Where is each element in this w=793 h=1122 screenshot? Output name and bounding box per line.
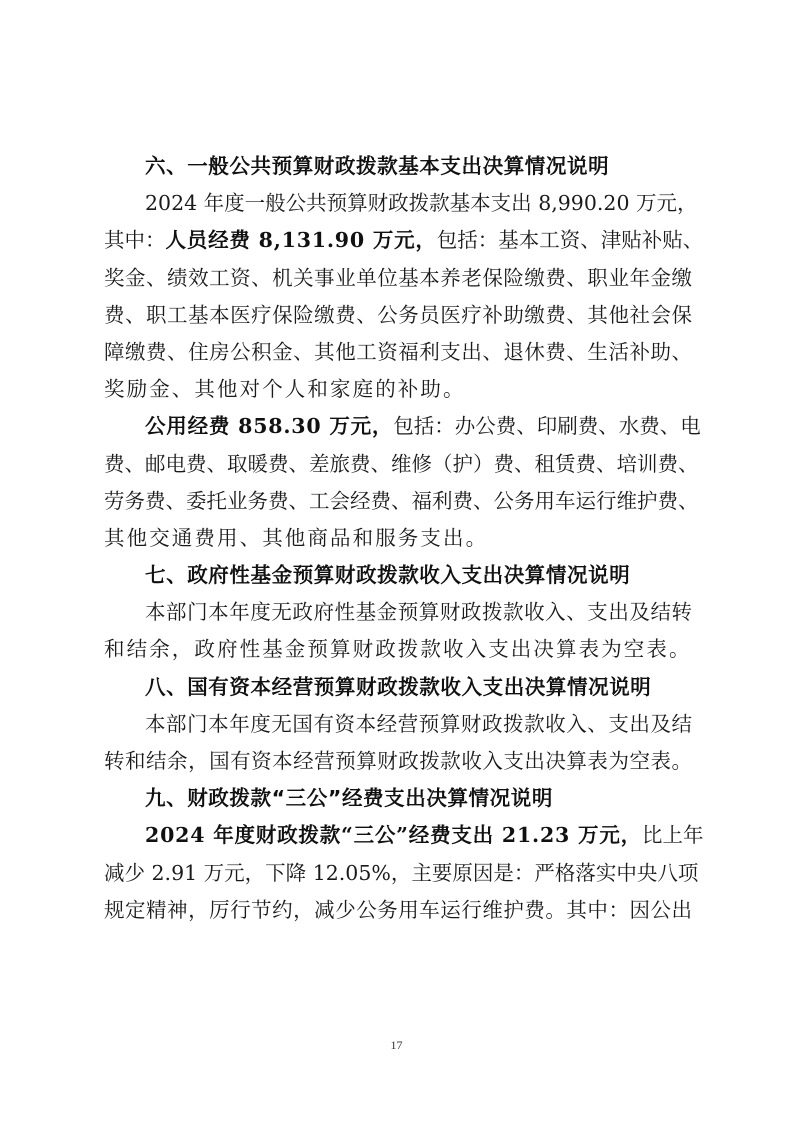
paragraph-line: 费、职工基本医疗保险缴费、公务员医疗补助缴费、其他社会保 xyxy=(104,297,692,334)
section-heading-8: 八、国有资本经营预算财政拨款收入支出决算情况说明 xyxy=(104,669,692,706)
text-span: 其中： xyxy=(104,228,166,252)
text-span: 比上年 xyxy=(642,823,704,847)
paragraph-line: 其中：人员经费 8,131.90 万元，包括：基本工资、津贴补贴、 xyxy=(104,222,692,259)
paragraph-line: 费、邮电费、取暖费、差旅费、维修（护）费、租赁费、培训费、 xyxy=(104,446,692,483)
personnel-expense-highlight: 人员经费 8,131.90 万元， xyxy=(166,228,437,252)
paragraph-line: 本部门本年度无政府性基金预算财政拨款收入、支出及结转 xyxy=(104,594,692,631)
section-heading-9: 九、财政拨款“三公”经费支出决算情况说明 xyxy=(104,780,692,817)
document-page: 六、一般公共预算财政拨款基本支出决算情况说明 2024 年度一般公共预算财政拨款… xyxy=(104,148,692,929)
paragraph-line: 奖金、绩效工资、机关事业单位基本养老保险缴费、职业年金缴 xyxy=(104,260,692,297)
paragraph-line: 本部门本年度无国有资本经营预算财政拨款收入、支出及结 xyxy=(104,706,692,743)
paragraph-line: 转和结余，国有资本经营预算财政拨款收入支出决算表为空表。 xyxy=(104,743,692,780)
paragraph-line: 和结余，政府性基金预算财政拨款收入支出决算表为空表。 xyxy=(104,631,692,668)
public-expense-highlight: 公用经费 858.30 万元， xyxy=(145,414,393,438)
paragraph-line: 劳务费、委托业务费、工会经费、福利费、公务用车运行维护费、 xyxy=(104,483,692,520)
section-heading-6: 六、一般公共预算财政拨款基本支出决算情况说明 xyxy=(104,148,692,185)
paragraph-line: 其他交通费用、其他商品和服务支出。 xyxy=(104,520,692,557)
paragraph-line: 奖励金、其他对个人和家庭的补助。 xyxy=(104,371,692,408)
paragraph-line: 障缴费、住房公积金、其他工资福利支出、退休费、生活补助、 xyxy=(104,334,692,371)
three-public-expense-highlight: 2024 年度财政拨款“三公”经费支出 21.23 万元， xyxy=(145,823,642,847)
text-span: 包括：基本工资、津贴补贴、 xyxy=(437,228,704,252)
paragraph-line: 减少 2.91 万元，下降 12.05%，主要原因是：严格落实中央八项 xyxy=(104,855,692,892)
paragraph-line: 规定精神，厉行节约，减少公务用车运行维护费。其中：因公出 xyxy=(104,892,692,929)
section-heading-7: 七、政府性基金预算财政拨款收入支出决算情况说明 xyxy=(104,557,692,594)
paragraph-line: 公用经费 858.30 万元，包括：办公费、印刷费、水费、电 xyxy=(104,408,692,445)
paragraph-line: 2024 年度一般公共预算财政拨款基本支出 8,990.20 万元， xyxy=(104,185,692,222)
text-span: 包括：办公费、印刷费、水费、电 xyxy=(393,414,701,438)
paragraph-line: 2024 年度财政拨款“三公”经费支出 21.23 万元，比上年 xyxy=(104,817,692,854)
page-number: 17 xyxy=(0,1038,793,1053)
